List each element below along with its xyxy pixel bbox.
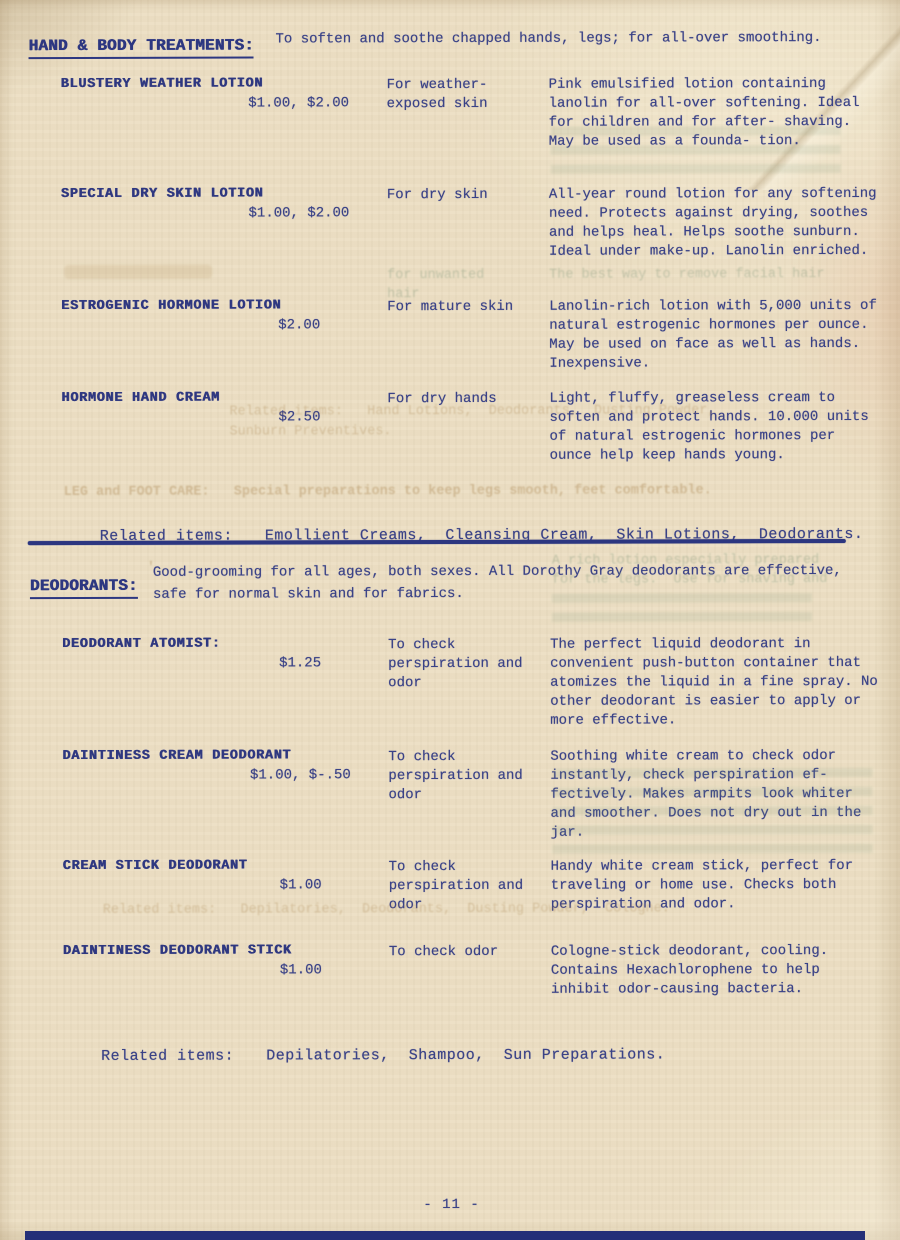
product-use: For mature skin [387, 298, 549, 374]
product-use: For dry skin [387, 186, 549, 262]
ghost-text: ' [147, 559, 155, 578]
product-name: DEODORANT ATOMIST: [62, 636, 388, 652]
product-row-blustery-weather-lotion: BLUSTERY WEATHER LOTION $1.00, $2.00 For… [61, 75, 879, 153]
ghost-text: Related items: Depilatories, Deodorants,… [103, 899, 670, 919]
product-row-deodorant-atomist: DEODORANT ATOMIST: $1.25 To check perspi… [62, 635, 880, 732]
product-use: To check odor [389, 943, 551, 1000]
product-name: SPECIAL DRY SKIN LOTION [61, 186, 387, 202]
product-name: DAINTINESS DEODORANT STICK [63, 943, 389, 959]
name-price-col: ESTROGENIC HORMONE LOTION $2.00 [61, 298, 387, 375]
section-1-tagline: To soften and soothe chapped hands, legs… [275, 27, 875, 51]
product-use: For weather- exposed skin [387, 76, 549, 152]
product-description: Cologne-stick deodorant, cooling. Contai… [551, 942, 881, 1000]
product-use: To check perspiration and odor [388, 748, 550, 843]
ghost-text: for the legs. Use for shaving and [552, 570, 828, 590]
product-name: DAINTINESS CREAM DEODORANT [62, 748, 388, 764]
ghost-text: The best way to remove facial hair [549, 265, 825, 285]
name-price-col: DAINTINESS CREAM DEODORANT $1.00, $-.50 [62, 748, 388, 844]
product-row-daintiness-deodorant-stick: DAINTINESS DEODORANT STICK $1.00 To chec… [63, 942, 881, 1001]
product-name: BLUSTERY WEATHER LOTION [61, 76, 387, 92]
name-price-col: DEODORANT ATOMIST: $1.25 [62, 636, 388, 732]
scanned-catalog-page: { "page": { "number_label": "- 11 -" }, … [0, 0, 900, 1240]
product-description: Lanolin-rich lotion with 5,000 units of … [549, 297, 879, 374]
ghost-text: Sunburn Preventives. [229, 422, 391, 441]
ghost-text: for unwanted [387, 266, 484, 285]
product-description: Pink emulsified lotion containing lanoli… [549, 75, 879, 152]
product-description: All-year round lotion for any softening … [549, 185, 879, 262]
ghost-text: A rich lotion especially prepared [552, 551, 819, 571]
page-number: - 11 - [2, 1195, 900, 1216]
section-1-title: HAND & BODY TREATMENTS: [28, 37, 253, 60]
ghost-text: hair [387, 285, 419, 304]
product-name: ESTROGENIC HORMONE LOTION [61, 298, 387, 314]
product-row-daintiness-cream-deodorant: DAINTINESS CREAM DEODORANT $1.00, $-.50 … [62, 747, 880, 844]
ghost-text: Related items: Hand Lotions, Deodorants,… [229, 401, 715, 421]
related-label: Related items: [101, 1048, 234, 1065]
name-price-col: DAINTINESS DEODORANT STICK $1.00 [63, 943, 389, 1001]
section-2-header: DEODORANTS: [30, 559, 138, 599]
product-description: Soothing white cream to check odor insta… [550, 747, 880, 843]
product-row-hormone-hand-cream: HORMONE HAND CREAM $2.50 For dry hands L… [61, 389, 879, 467]
ghost-text: LEG and FOOT CARE: Special preparations … [64, 481, 712, 502]
product-name: CREAM STICK DEODORANT [63, 858, 389, 874]
product-use: To check perspiration and odor [388, 636, 550, 731]
bottom-rule-bar [25, 1231, 865, 1240]
related-values: Depilatories, Shampoo, Sun Preparations. [266, 1046, 665, 1064]
product-row-estrogenic-hormone-lotion: ESTROGENIC HORMONE LOTION $2.00 For matu… [61, 297, 879, 375]
section-2-title: DEODORANTS: [30, 577, 138, 599]
bleedthrough-smudge [64, 265, 212, 279]
name-price-col: BLUSTERY WEATHER LOTION $1.00, $2.00 [61, 76, 387, 153]
product-row-special-dry-skin-lotion: SPECIAL DRY SKIN LOTION $1.00, $2.00 For… [61, 185, 879, 263]
section-1-header: HAND & BODY TREATMENTS: [28, 19, 254, 60]
section-2-related-items: Related items:Depilatories, Shampoo, Sun… [63, 1025, 665, 1087]
page-content: HAND & BODY TREATMENTS: To soften and so… [0, 0, 900, 1240]
product-description: The perfect liquid deodorant in convenie… [550, 635, 880, 731]
name-price-col: SPECIAL DRY SKIN LOTION $1.00, $2.00 [61, 186, 387, 263]
